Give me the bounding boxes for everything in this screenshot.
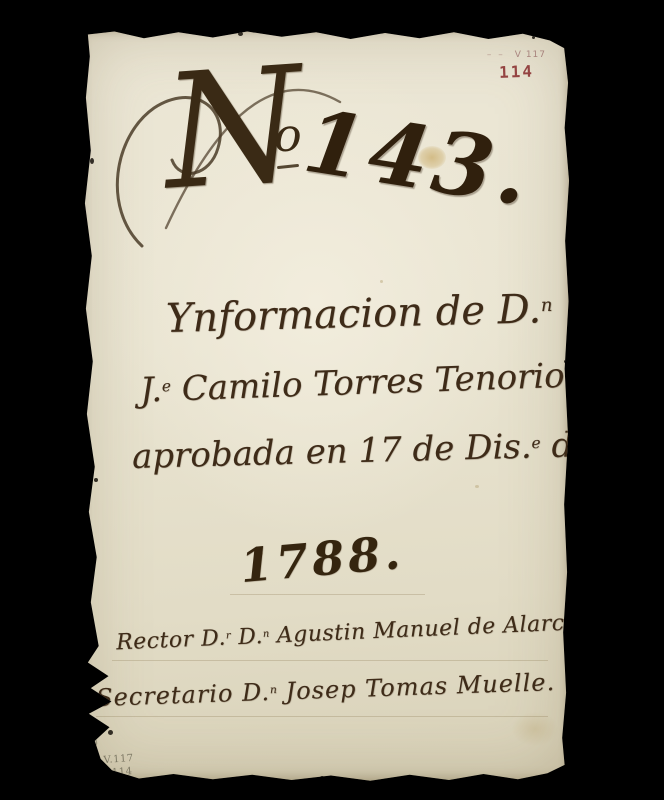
name-abbreviation: J.: [139, 370, 162, 411]
rector-name: Agustin Manuel de Alarcon: [269, 610, 594, 649]
title-line-informacion-text: Ynformacion de D.: [165, 286, 541, 342]
title-line-informacion-superscript: n: [541, 295, 553, 316]
paper-speck: [320, 776, 324, 779]
archival-reference-row: – – V 117: [487, 50, 546, 60]
folio-heading: N o 143.: [122, 60, 562, 275]
approval-text: aprobada en 17 de Dis.: [132, 427, 533, 477]
paper-speck: [90, 158, 94, 164]
approval-superscript: e: [531, 434, 541, 452]
archival-reference-faint: V 117: [515, 50, 546, 60]
heading-ordinal: o: [274, 112, 302, 158]
paper-speck: [532, 36, 535, 39]
rector-line: Rector D.r D.n Agustin Manuel de Alarcon: [116, 612, 594, 655]
heading-ordinal-group: o: [274, 112, 302, 168]
rector-label: Rector D.: [116, 626, 227, 656]
pencil-squiggle-icon: [88, 730, 104, 760]
manuscript-page: – – V 117 114 N o 143.: [80, 30, 572, 783]
secretary-name: Josep Tomas Muelle.: [276, 668, 555, 706]
secretary-line: Secretario D.n Josep Tomas Muelle.: [96, 670, 556, 710]
photograph-background: – – V 117 114 N o 143.: [0, 0, 664, 800]
approval-tail: de: [540, 425, 594, 466]
paper-speck: [86, 273, 89, 278]
paper-freckle: [380, 280, 383, 283]
bottom-folio: f.114: [104, 765, 135, 780]
year-text: 1788.: [238, 525, 406, 593]
paper-speck: [108, 730, 113, 735]
paper-stain: [418, 146, 446, 169]
ruled-line: [112, 660, 548, 661]
archival-dashes: – –: [487, 50, 505, 60]
rector-don: D.: [230, 624, 263, 650]
name-text: Camilo Torres Tenorio:: [170, 355, 576, 409]
title-line-name: J.e Camilo Torres Tenorio:: [140, 358, 577, 407]
paper-smudge: [512, 712, 558, 746]
paper-freckle: [475, 485, 479, 488]
archival-marks-bottom: V.117 f.114: [103, 753, 135, 780]
title-line-informacion: Ynformacion de D.n: [166, 289, 554, 339]
paper-speck: [238, 32, 243, 36]
title-line-approval: aprobada en 17 de Dis.e de: [132, 428, 594, 474]
ruled-line: [230, 594, 425, 595]
ruled-line: [96, 716, 548, 717]
paper-speck: [94, 478, 98, 482]
year-line: 1788.: [238, 529, 405, 589]
secretary-label: Secretario D.: [96, 678, 271, 712]
